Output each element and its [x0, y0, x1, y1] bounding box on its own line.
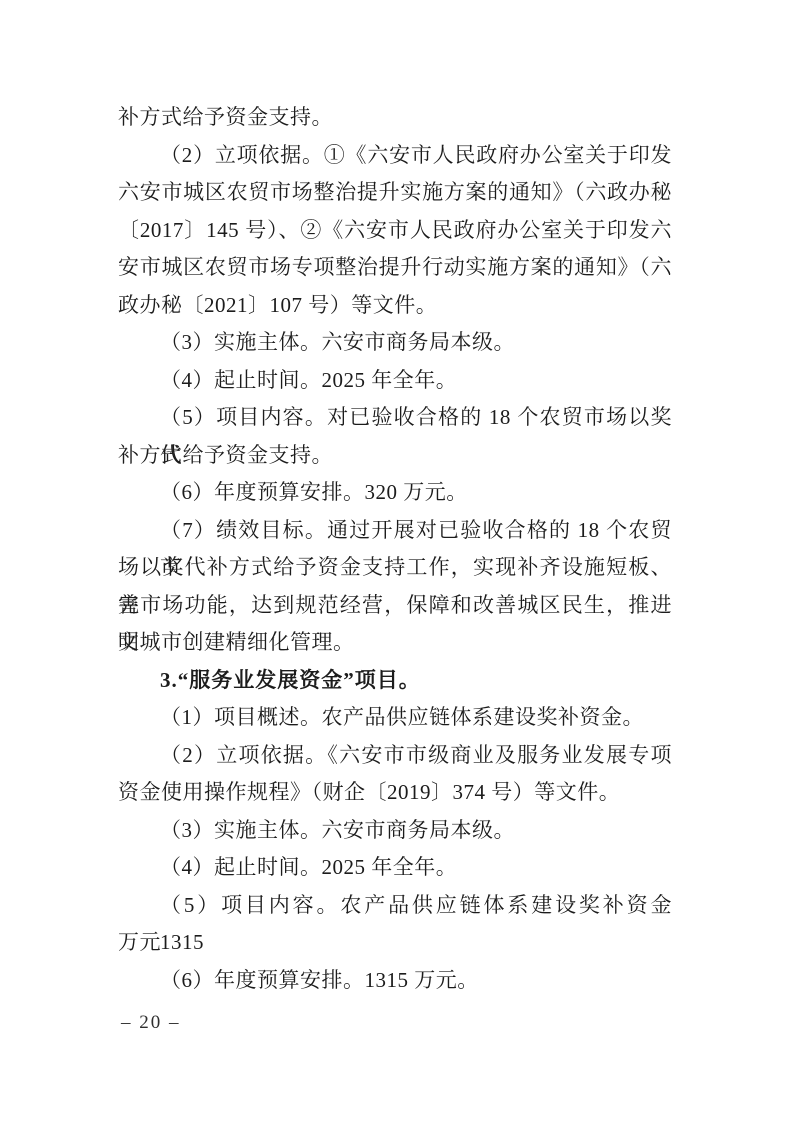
- text-line: 政办秘〔2021〕107 号）等文件。: [118, 287, 672, 325]
- text-line: 明城市创建精细化管理。: [118, 624, 672, 662]
- text-line: 场以奖代补方式给予资金支持工作，实现补齐设施短板、完: [118, 549, 672, 587]
- text-line: （3）实施主体。六安市商务局本级。: [118, 324, 672, 362]
- text-line: 安市城区农贸市场专项整治提升行动实施方案的通知》（六: [118, 249, 672, 287]
- section-heading-3: 3.“服务业发展资金”项目。: [118, 662, 672, 700]
- text-line: 〔2017〕145 号）、②《六安市人民政府办公室关于印发六: [118, 212, 672, 250]
- text-line: （4）起止时间。2025 年全年。: [118, 362, 672, 400]
- text-line: （5）项目内容。对已验收合格的 18 个农贸市场以奖代: [118, 399, 672, 437]
- text-line: 善市场功能，达到规范经营，保障和改善城区民生，推进文: [118, 587, 672, 625]
- text-line: （7）绩效目标。通过开展对已验收合格的 18 个农贸市: [118, 512, 672, 550]
- text-line: 六安市城区农贸市场整治提升实施方案的通知》（六政办秘: [118, 174, 672, 212]
- text-line: 资金使用操作规程》（财企〔2019〕374 号）等文件。: [118, 774, 672, 812]
- text-line: 补方式给予资金支持。: [118, 99, 672, 137]
- text-line: （6）年度预算安排。320 万元。: [118, 474, 672, 512]
- text-line: （4）起止时间。2025 年全年。: [118, 849, 672, 887]
- page-number: – 20 –: [121, 1010, 181, 1036]
- text-line: （3）实施主体。六安市商务局本级。: [118, 812, 672, 850]
- text-line: （5）项目内容。农产品供应链体系建设奖补资金 1315: [118, 887, 672, 925]
- document-page: 补方式给予资金支持。 （2）立项依据。①《六安市人民政府办公室关于印发 六安市城…: [0, 0, 793, 1122]
- text-line: （2）立项依据。《六安市市级商业及服务业发展专项: [118, 737, 672, 775]
- text-line: 补方式给予资金支持。: [118, 437, 672, 475]
- text-line: （1）项目概述。农产品供应链体系建设奖补资金。: [118, 699, 672, 737]
- text-line: （6）年度预算安排。1315 万元。: [118, 962, 672, 1000]
- text-line: （2）立项依据。①《六安市人民政府办公室关于印发: [118, 137, 672, 175]
- document-body: 补方式给予资金支持。 （2）立项依据。①《六安市人民政府办公室关于印发 六安市城…: [118, 99, 672, 999]
